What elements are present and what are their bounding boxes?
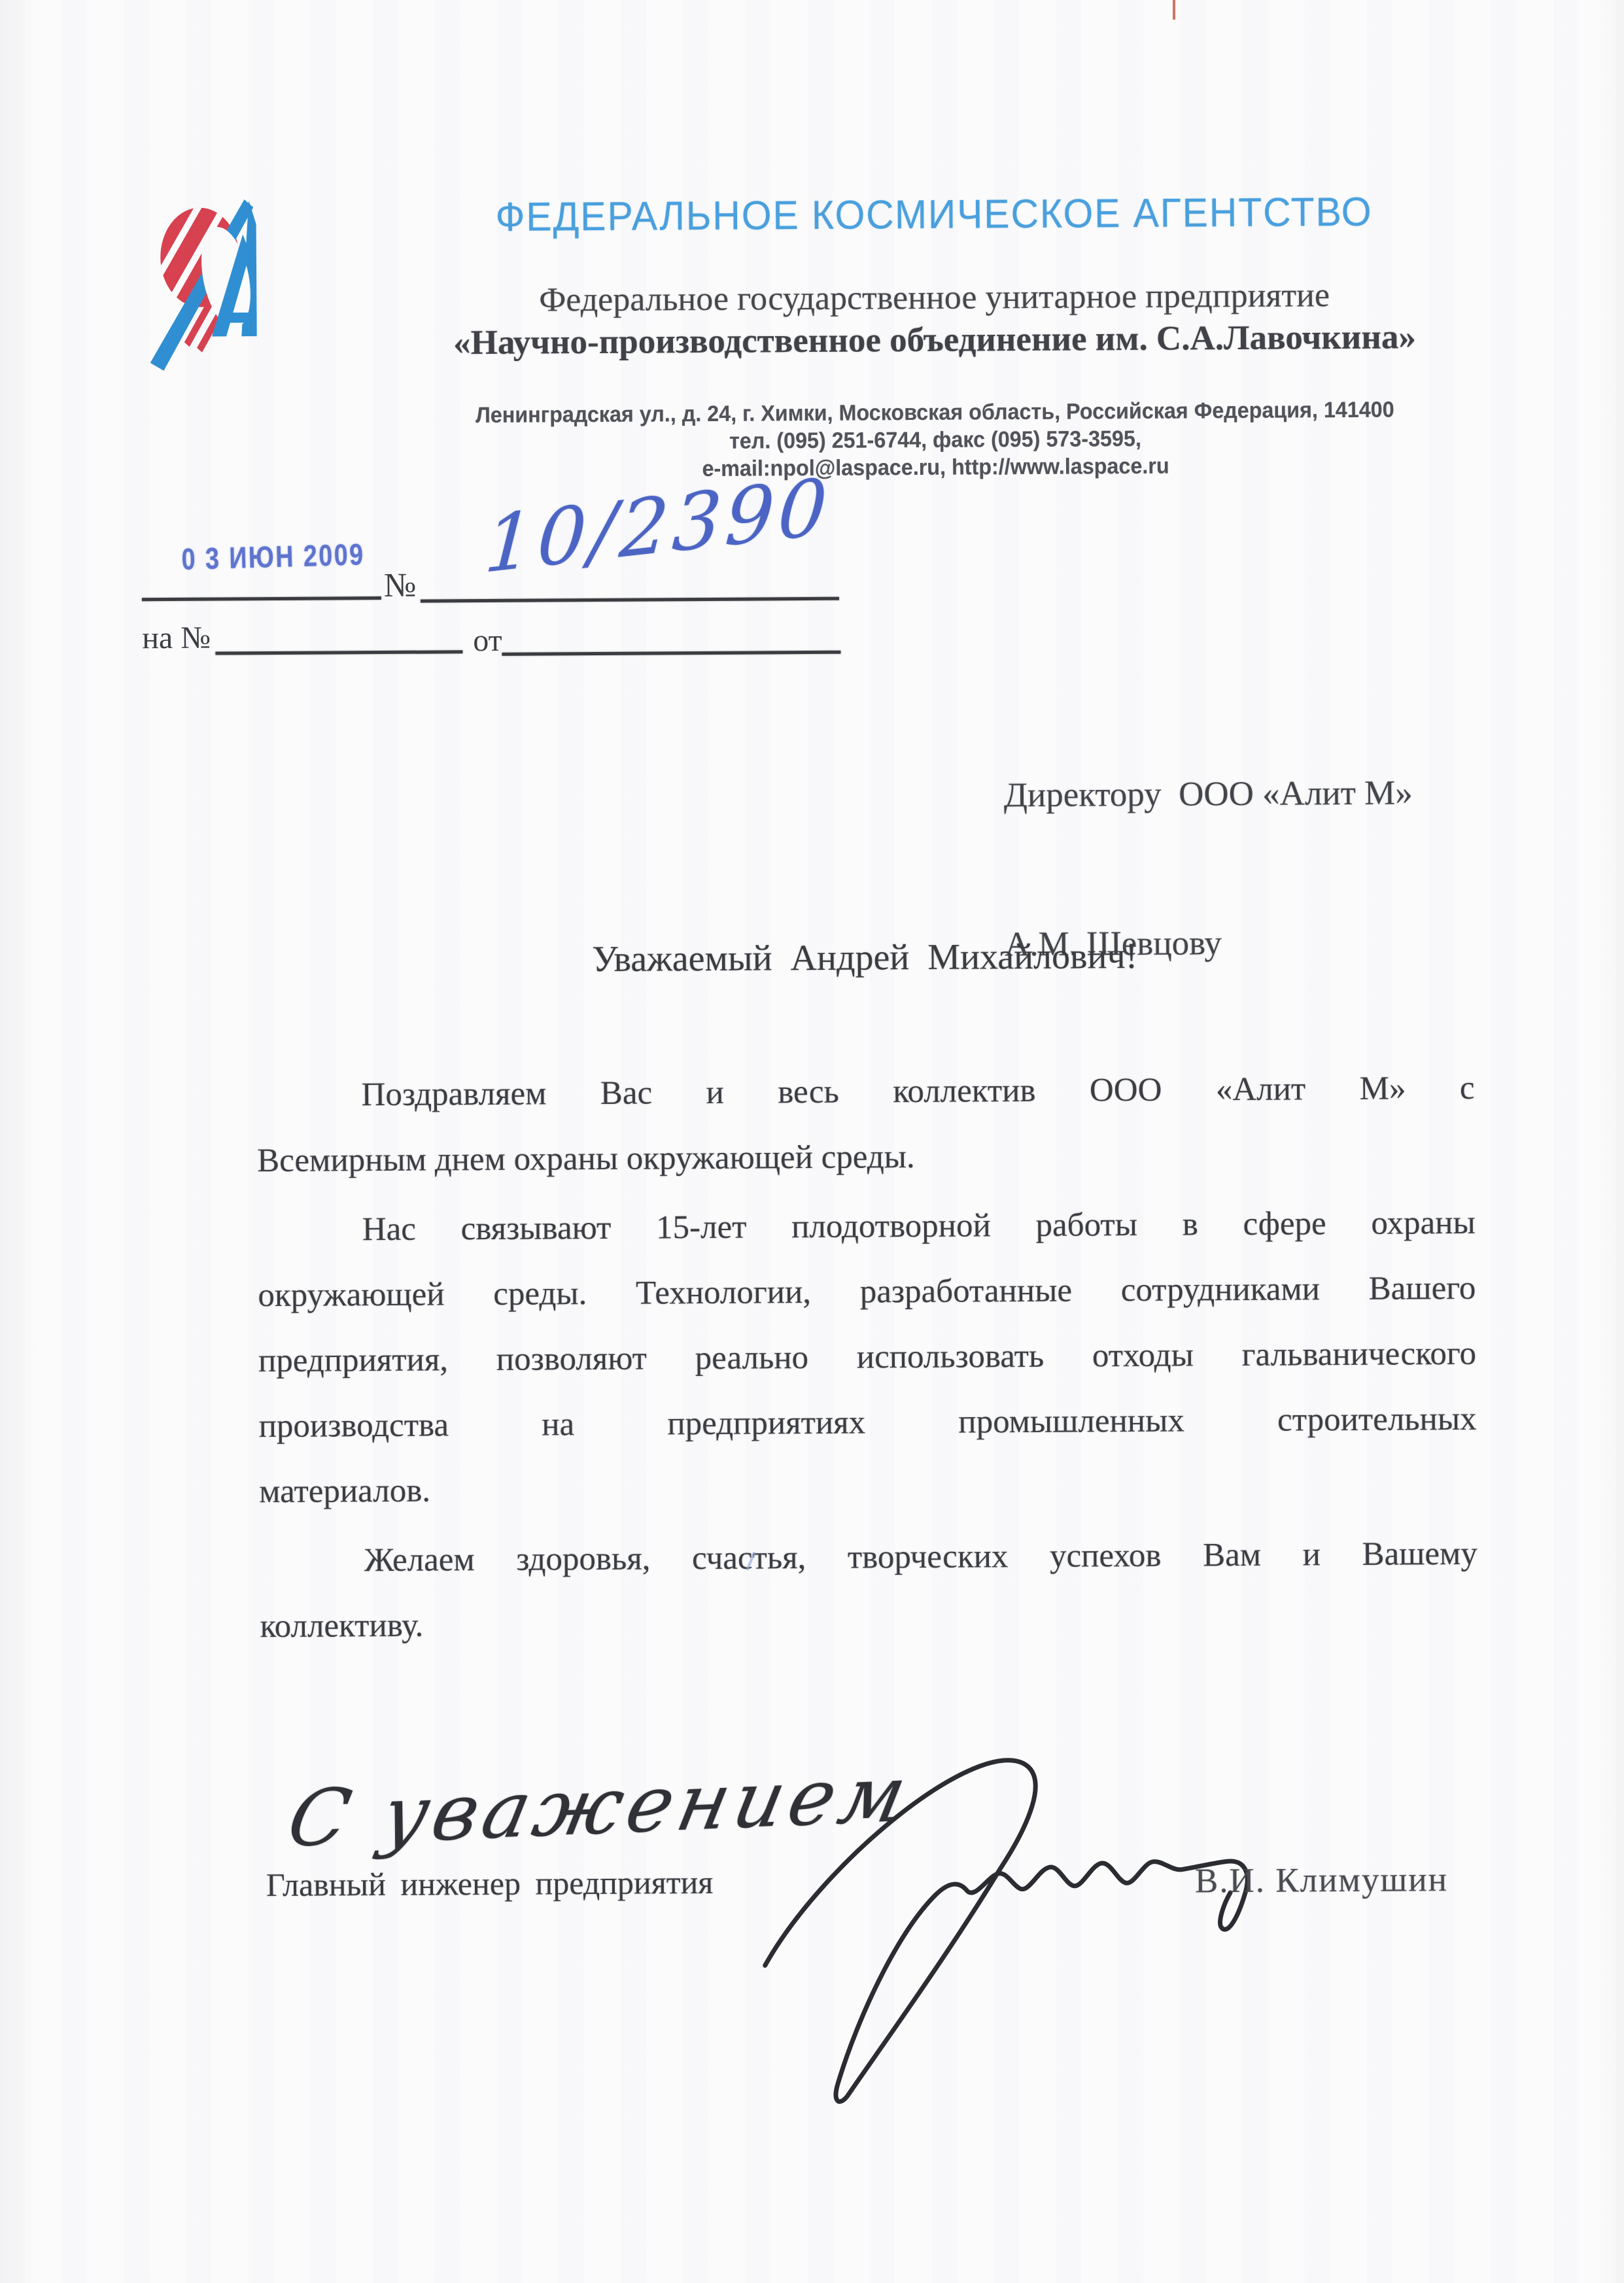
paragraph-line: Всемирным днем охраны окружающей среды. bbox=[257, 1121, 1476, 1193]
date-stamp: 0 3 ИЮН 2009 bbox=[181, 536, 365, 577]
agency-header-text: ФЕДЕРАЛЬНОЕ КОСМИЧЕСКОЕ АГЕНТСТВО bbox=[495, 192, 1372, 239]
number-label: № bbox=[384, 566, 417, 605]
paragraph-line: Желаем здоровья, счастья, творческих усп… bbox=[260, 1521, 1478, 1594]
blank-line-reply-date bbox=[502, 651, 840, 656]
scanned-letter-page: ФЕДЕРАЛЬНОЕ КОСМИЧЕСКОЕ АГЕНТСТВО Федера… bbox=[0, 0, 1624, 2283]
paragraph-line: Поздравляем Вас и весь коллектив ООО «Ал… bbox=[256, 1056, 1475, 1128]
signer-name: В.И. Климушин bbox=[1195, 1860, 1448, 1900]
paragraph-line: материалов. bbox=[259, 1452, 1477, 1524]
signer-title: Главный инженер предприятия bbox=[266, 1863, 714, 1904]
address-text: Ленинградская ул., д. 24, г. Химки, Моск… bbox=[475, 397, 1394, 429]
paragraph-line: окружающей среды. Технологии, разработан… bbox=[258, 1256, 1476, 1328]
body-paragraphs: Поздравляем Вас и весь коллектив ООО «Ал… bbox=[256, 1056, 1478, 1663]
letter-content: ФЕДЕРАЛЬНОЕ КОСМИЧЕСКОЕ АГЕНТСТВО Федера… bbox=[0, 0, 1624, 2283]
phone-text: тел. (095) 251-6744, факс (095) 573-3595… bbox=[729, 426, 1141, 455]
blank-line-date bbox=[142, 596, 381, 601]
org-type-line: Федеральное государственное унитарное пр… bbox=[250, 275, 1619, 321]
paragraph-line: коллективу. bbox=[260, 1587, 1478, 1659]
salutation: Уважаемый Андрей Михайлович! bbox=[256, 931, 1474, 984]
paragraph-line: Нас связывают 15-лет плодотворной работы… bbox=[258, 1190, 1476, 1263]
blank-line-number bbox=[421, 597, 839, 603]
recipient-line-1: Директору ООО «Алит М» bbox=[1004, 768, 1413, 820]
paragraph-line: производства на предприятиях промышленны… bbox=[258, 1386, 1477, 1459]
paragraph: Желаем здоровья, счастья, творческих усп… bbox=[260, 1521, 1478, 1659]
paragraph: Нас связывают 15-лет плодотворной работы… bbox=[258, 1190, 1477, 1524]
blank-line-reply-number bbox=[215, 650, 462, 655]
reply-number-label: на № bbox=[142, 620, 211, 657]
reply-date-label: от bbox=[473, 623, 502, 659]
org-name-line: «Научно-производственное объединение им.… bbox=[250, 317, 1619, 363]
agency-header: ФЕДЕРАЛЬНОЕ КОСМИЧЕСКОЕ АГЕНТСТВО bbox=[249, 190, 1618, 240]
paragraph-line: предприятия, позволяют реально использов… bbox=[258, 1321, 1477, 1394]
signature-stroke bbox=[716, 1717, 1268, 2139]
paragraph: Поздравляем Вас и весь коллектив ООО «Ал… bbox=[256, 1056, 1475, 1193]
recipient-block: Директору ООО «Алит М» А.М. Шевцову bbox=[1003, 668, 1415, 1069]
